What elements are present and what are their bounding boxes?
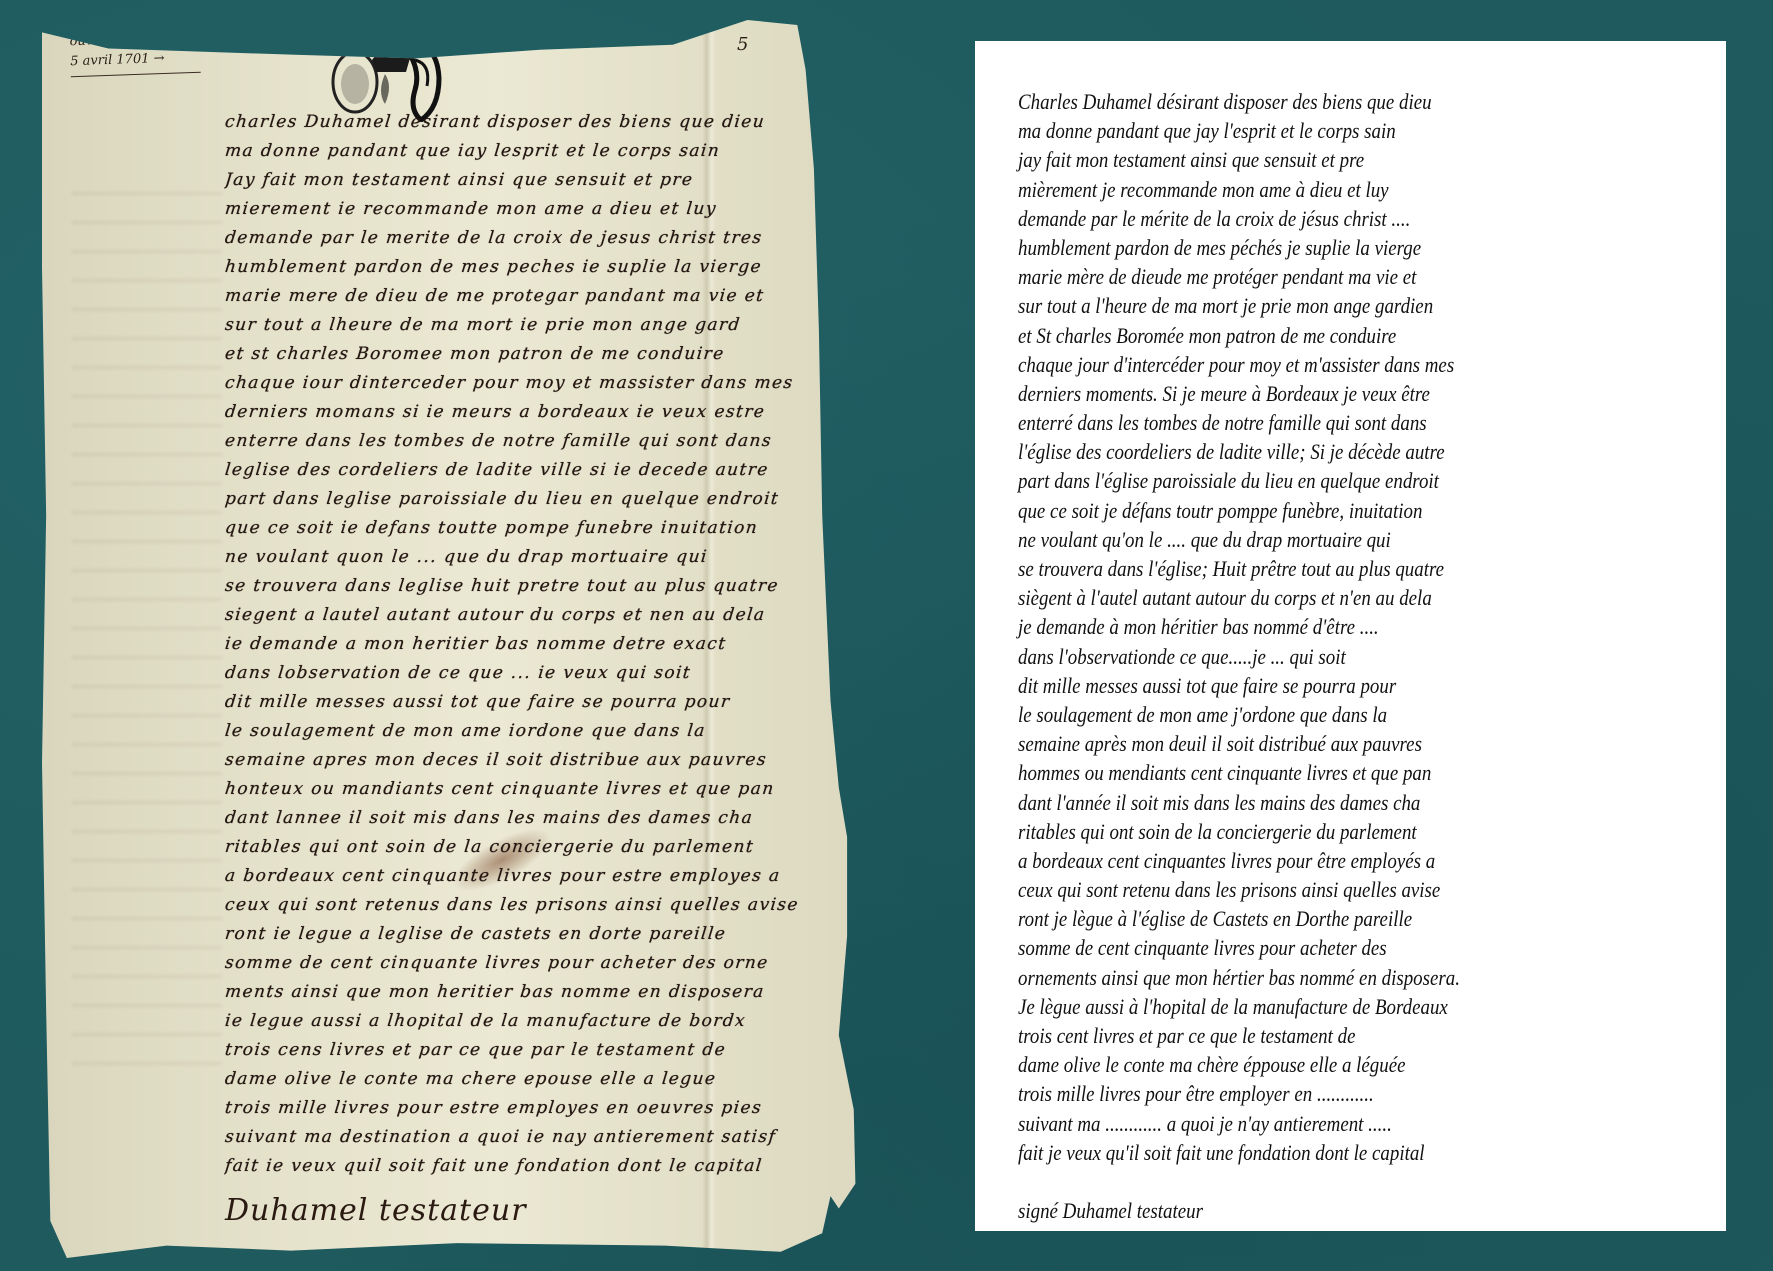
handwritten-line: dit mille messes aussi tot que faire se …	[223, 688, 806, 717]
handwritten-line: trois mille livres pour estre employes e…	[223, 1094, 806, 1123]
handwritten-line: dant lannee il soit mis dans les mains d…	[223, 804, 806, 833]
manuscript-photo: ouvert et remis le 5 avril 1701 → 5 char…	[42, 20, 872, 1258]
handwritten-line: humblement pardon de mes peches ie supli…	[223, 253, 806, 282]
transcription-line: dant l'année il soit mis dans les mains …	[1018, 788, 1460, 817]
handwritten-line: ie legue aussi a lhopital de la manufact…	[223, 1007, 806, 1036]
handwritten-line: fait ie veux quil soit fait une fondatio…	[223, 1152, 806, 1181]
handwritten-line: le soulagement de mon ame iordone que da…	[223, 717, 806, 746]
handwritten-signature: Duhamel testateur	[225, 1193, 805, 1228]
transcription-line: chaque jour d'intercéder pour moy et m'a…	[1018, 350, 1460, 379]
transcription-line: mièrement je recommande mon ame à dieu e…	[1018, 175, 1460, 204]
transcription-line: le soulagement de mon ame j'ordone que d…	[1018, 700, 1460, 729]
transcription-line: somme de cent cinquante livres pour ache…	[1018, 933, 1460, 962]
handwritten-line: ne voulant quon le ... que du drap mortu…	[223, 543, 806, 572]
margin-note-rule	[71, 72, 201, 78]
transcription-line: demande par le mérite de la croix de jés…	[1018, 204, 1460, 233]
handwritten-line: suivant ma destination a quoi ie nay ant…	[223, 1123, 806, 1152]
transcription-line: dame olive le conte ma chère éppouse ell…	[1018, 1050, 1460, 1079]
transcription-line: Je lègue aussi à l'hopital de la manufac…	[1018, 992, 1460, 1021]
transcription-line: enterré dans les tombes de notre famille…	[1018, 408, 1460, 437]
handwritten-line: mierement ie recommande mon ame a dieu e…	[223, 195, 806, 224]
margin-note-date: 5 avril 1701 →	[70, 48, 201, 73]
transcription-line: jay fait mon testament ainsi que sensuit…	[1018, 145, 1460, 174]
transcription-signature: signé Duhamel testateur	[1018, 1196, 1460, 1225]
transcription-line: trois cent livres et par ce que le testa…	[1018, 1021, 1460, 1050]
transcription-line: hommes ou mendiants cent cinquante livre…	[1018, 758, 1460, 787]
handwritten-line: a bordeaux cent cinquante livres pour es…	[223, 862, 806, 891]
handwritten-line: se trouvera dans leglise huit pretre tou…	[223, 572, 806, 601]
transcription-line: trois mille livres pour être employer en…	[1018, 1079, 1460, 1108]
transcription-line: a bordeaux cent cinquantes livres pour ê…	[1018, 846, 1460, 875]
page-number: 5	[737, 34, 748, 55]
handwritten-line: et st charles Boromee mon patron de me c…	[223, 340, 806, 369]
transcription-line: marie mère de dieude me protéger pendant…	[1018, 262, 1460, 291]
handwritten-line: ront ie legue a leglise de castets en do…	[223, 920, 806, 949]
transcription-line: et St charles Boromée mon patron de me c…	[1018, 321, 1460, 350]
transcription-line: ceux qui sont retenu dans les prisons ai…	[1018, 875, 1460, 904]
handwritten-line: semaine apres mon deces il soit distribu…	[223, 746, 806, 775]
transcription-line: Charles Duhamel désirant disposer des bi…	[1018, 87, 1460, 116]
handwritten-line: ma donne pandant que iay lesprit et le c…	[223, 137, 806, 166]
transcription-line: derniers moments. Si je meure à Bordeaux…	[1018, 379, 1460, 408]
transcription-line: part dans l'église paroissiale du lieu e…	[1018, 466, 1460, 495]
transcription-line: sur tout a l'heure de ma mort je prie mo…	[1018, 291, 1460, 320]
transcription-line: ornements ainsi que mon hértier bas nomm…	[1018, 963, 1460, 992]
handwritten-line: part dans leglise paroissiale du lieu en…	[223, 485, 806, 514]
transcription-line: ront je lègue à l'église de Castets en D…	[1018, 904, 1460, 933]
handwritten-line: enterre dans les tombes de notre famille…	[223, 427, 806, 456]
transcription-line: se trouvera dans l'église; Huit prêtre t…	[1018, 554, 1460, 583]
transcription-line: je demande à mon héritier bas nommé d'êt…	[1018, 612, 1460, 641]
handwritten-line: siegent a lautel autant autour du corps …	[223, 601, 806, 630]
transcription-text: Charles Duhamel désirant disposer des bi…	[1018, 87, 1532, 1225]
handwritten-line: sur tout a lheure de ma mort ie prie mon…	[223, 311, 806, 340]
handwritten-line: somme de cent cinquante livres pour ache…	[223, 949, 806, 978]
handwritten-line: dans lobservation de ce que ... ie veux …	[223, 659, 806, 688]
transcription-line: humblement pardon de mes péchés je supli…	[1018, 233, 1460, 262]
handwritten-line: que ce soit ie defans toutte pompe funeb…	[223, 514, 806, 543]
handwritten-line: marie mere de dieu de me protegar pandan…	[223, 282, 806, 311]
transcription-line: ma donne pandant que jay l'esprit et le …	[1018, 116, 1460, 145]
handwritten-line: leglise des cordeliers de ladite ville s…	[223, 456, 806, 485]
handwritten-line: dame olive le conte ma chere epouse elle…	[223, 1065, 806, 1094]
bleed-through-text	[72, 170, 222, 1070]
handwritten-line: ceux qui sont retenus dans les prisons a…	[223, 891, 806, 920]
transcription-line: dit mille messes aussi tot que faire se …	[1018, 671, 1460, 700]
handwritten-line: Jay fait mon testament ainsi que sensuit…	[223, 166, 806, 195]
handwritten-line: chaque iour dinterceder pour moy et mass…	[223, 369, 806, 398]
transcription-line: l'église des coordeliers de ladite ville…	[1018, 437, 1460, 466]
transcription-line: suivant ma ............ a quoi je n'ay a…	[1018, 1109, 1460, 1138]
handwritten-line: ritables qui ont soin de la conciergerie…	[223, 833, 806, 862]
transcription-line: ritables qui ont soin de la conciergerie…	[1018, 817, 1460, 846]
handwritten-line: derniers momans si ie meurs a bordeaux i…	[223, 398, 806, 427]
handwritten-line: demande par le merite de la croix de jes…	[223, 224, 806, 253]
handwritten-line: trois cens livres et par ce que par le t…	[223, 1036, 806, 1065]
transcription-line: fait je veux qu'il soit fait une fondati…	[1018, 1138, 1460, 1167]
transcription-line: siègent à l'autel autant autour du corps…	[1018, 583, 1460, 612]
transcription-line: que ce soit je défans toutr pomppe funèb…	[1018, 496, 1460, 525]
handwritten-line: ments ainsi que mon heritier bas nomme e…	[223, 978, 806, 1007]
transcription-line: semaine après mon deuil il soit distribu…	[1018, 729, 1460, 758]
handwritten-line: charles Duhamel desirant disposer des bi…	[223, 108, 806, 137]
transcription-panel: Charles Duhamel désirant disposer des bi…	[975, 41, 1726, 1231]
handwritten-line: ie demande a mon heritier bas nomme detr…	[223, 630, 806, 659]
transcription-line: dans l'observationde ce que.....je ... q…	[1018, 642, 1460, 671]
handwritten-text: charles Duhamel desirant disposer des bi…	[225, 108, 805, 1228]
handwritten-line: honteux ou mandiants cent cinquante livr…	[223, 775, 806, 804]
transcription-line: ne voulant qu'on le .... que du drap mor…	[1018, 525, 1460, 554]
